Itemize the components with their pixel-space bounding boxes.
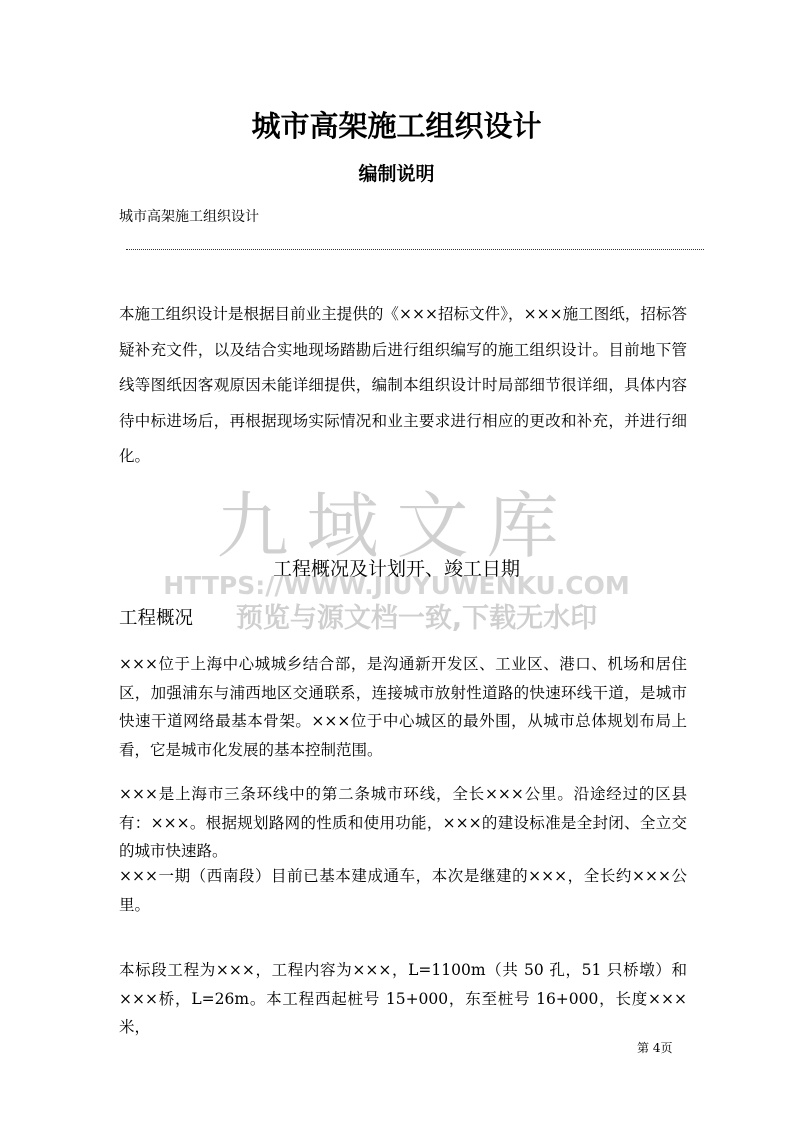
watermark-brand: 九域文库 xyxy=(0,486,793,566)
running-header: 城市高架施工组织设计 xyxy=(119,207,259,227)
document-title: 城市高架施工组织设计 xyxy=(0,106,793,146)
body-paragraph: ×××一期（西南段）目前已基本建成通车，本次是继建的×××，全长约×××公里。 xyxy=(119,862,687,919)
document-subtitle: 编制说明 xyxy=(0,160,793,188)
section-heading: 工程概况及计划开、竣工日期 xyxy=(0,556,793,582)
subsection-heading: 工程概况 xyxy=(119,606,193,632)
intro-paragraph: 本施工组织设计是根据目前业主提供的《×××招标文件》，×××施工图纸，招标答疑补… xyxy=(119,297,687,475)
page-number: 第 4页 xyxy=(637,1040,672,1056)
body-paragraph: ×××是上海市三条环线中的第二条城市环线，全长×××公里。沿途经过的区县有：××… xyxy=(119,780,687,866)
body-paragraph: 本标段工程为×××，工程内容为×××，L=1100m（共 50 孔，51 只桥墩… xyxy=(119,956,687,1042)
header-divider xyxy=(126,249,704,250)
document-page: 九域文库 HTTPS://WWW.JIUYUWENKU.COM 预览与源文档一致… xyxy=(0,0,793,1122)
body-paragraph: ×××位于上海中心城城乡结合部，是沟通新开发区、工业区、港口、机场和居住区，加强… xyxy=(119,650,687,764)
